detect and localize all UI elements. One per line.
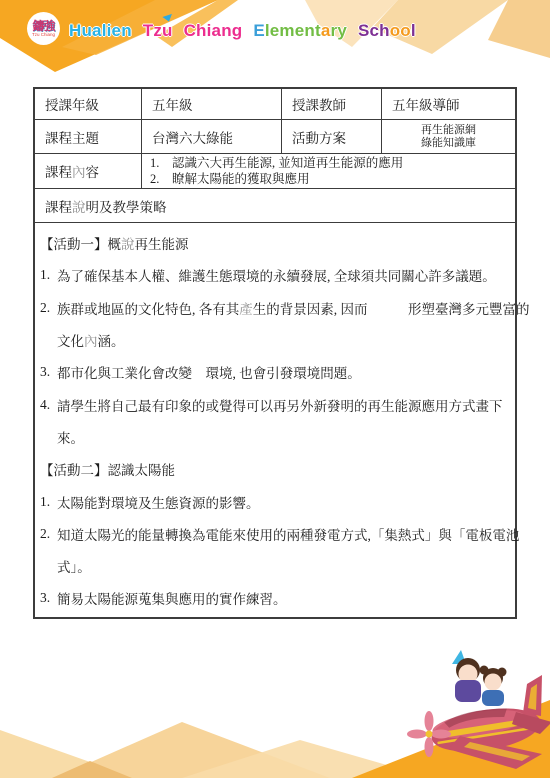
plan-value-line2: 綠能知識庫	[421, 137, 476, 150]
activity-2-item-1: 1.太陽能對環境及生態資源的影響。	[40, 485, 530, 517]
activity-1-item-3: 3.都市化與工業化會改變 環境, 也會引發環境問題。	[40, 356, 530, 388]
airplane-illustration	[407, 650, 550, 769]
table-row-course-content: 課程內容 1.認識六大再生能源, 並知道再生能源的應用 2.瞭解太陽能的獲取與應…	[35, 154, 515, 189]
teacher-value: 五年級導師	[382, 89, 515, 119]
plan-value: 再生能源網 綠能知識庫	[382, 120, 515, 153]
activity-1-item-1: 1.為了確保基本人權、維護生態環境的永續發展, 全球須共同關心許多議題。	[40, 259, 530, 291]
table-row-activities: 【活動一】概說再生能源 1.為了確保基本人權、維護生態環境的永續發展, 全球須共…	[35, 223, 515, 617]
activity-1-heading: 【活動一】概說再生能源	[40, 227, 530, 259]
course-content-label: 課程內容	[35, 154, 142, 188]
activity-1-item-2-continuation: 文化內涵。	[40, 324, 530, 356]
topic-value: 台灣六大綠能	[142, 120, 282, 153]
topic-label: 課程主題	[35, 120, 142, 153]
activity-2-item-3: 3.簡易太陽能源蒐集與應用的實作練習。	[40, 582, 530, 614]
course-content-item: 1.認識六大再生能源, 並知道再生能源的應用	[150, 155, 403, 172]
school-logo-inner: 鑄強 Tzu Chiang	[27, 12, 60, 45]
plan-value-line1: 再生能源網	[421, 124, 476, 137]
table-row-grade: 授課年級 五年級 授課教師 五年級導師	[35, 89, 515, 120]
grade-label: 授課年級	[35, 89, 142, 119]
table-row-topic: 課程主題 台灣六大綠能 活動方案 再生能源網 綠能知識庫	[35, 120, 515, 154]
activity-1-item-2: 2.族群或地區的文化特色, 各有其產生的背景因素, 因而 形塑臺灣多元豐富的	[40, 292, 530, 324]
bird-icon	[162, 10, 173, 21]
strategy-header-label: 課程說明及教學策略	[35, 189, 515, 222]
school-logo-subtext: Tzu Chiang	[32, 33, 55, 38]
school-logo-characters: 鑄強	[32, 20, 54, 32]
teacher-label: 授課教師	[282, 89, 382, 119]
activities-body: 【活動一】概說再生能源 1.為了確保基本人權、維護生態環境的永續發展, 全球須共…	[35, 223, 536, 617]
bottom-corner-decoration	[0, 618, 550, 778]
title-word-tzu: Tzu	[143, 21, 173, 40]
activity-2-heading: 【活動二】認識太陽能	[40, 453, 530, 485]
activity-2-item-2: 2.知道太陽光的能量轉換為電能來使用的兩種發電方式,「集熱式」與「電板電池	[40, 518, 530, 550]
activity-1-item-4-continuation: 來。	[40, 421, 530, 453]
school-name-title: Hualien Tzu Chiang Elementary School	[69, 21, 422, 41]
lesson-plan-table: 授課年級 五年級 授課教師 五年級導師 課程主題 台灣六大綠能 活動方案 再生能…	[33, 87, 517, 619]
document-page: { "header": { "logo": { "chars": "鑄強", "…	[0, 0, 550, 778]
activity-1-item-4: 4.請學生將自己最有印象的或覺得可以再另外新發明的再生能源應用方式畫下	[40, 388, 530, 420]
activity-2-item-2-continuation: 式」。	[40, 550, 530, 582]
title-word-chiang: Chiang	[184, 21, 243, 40]
grade-value: 五年級	[142, 89, 282, 119]
table-row-strategy-header: 課程說明及教學策略	[35, 189, 515, 223]
school-logo-badge: 鑄強 Tzu Chiang	[24, 9, 63, 48]
title-word-school: School	[358, 21, 416, 40]
course-content-item: 2.瞭解太陽能的獲取與應用	[150, 171, 310, 188]
title-word-elementary: Elementary	[253, 21, 347, 40]
plan-label: 活動方案	[282, 120, 382, 153]
course-content-value: 1.認識六大再生能源, 並知道再生能源的應用 2.瞭解太陽能的獲取與應用	[142, 154, 515, 188]
title-word-hualien: Hualien	[69, 21, 132, 40]
